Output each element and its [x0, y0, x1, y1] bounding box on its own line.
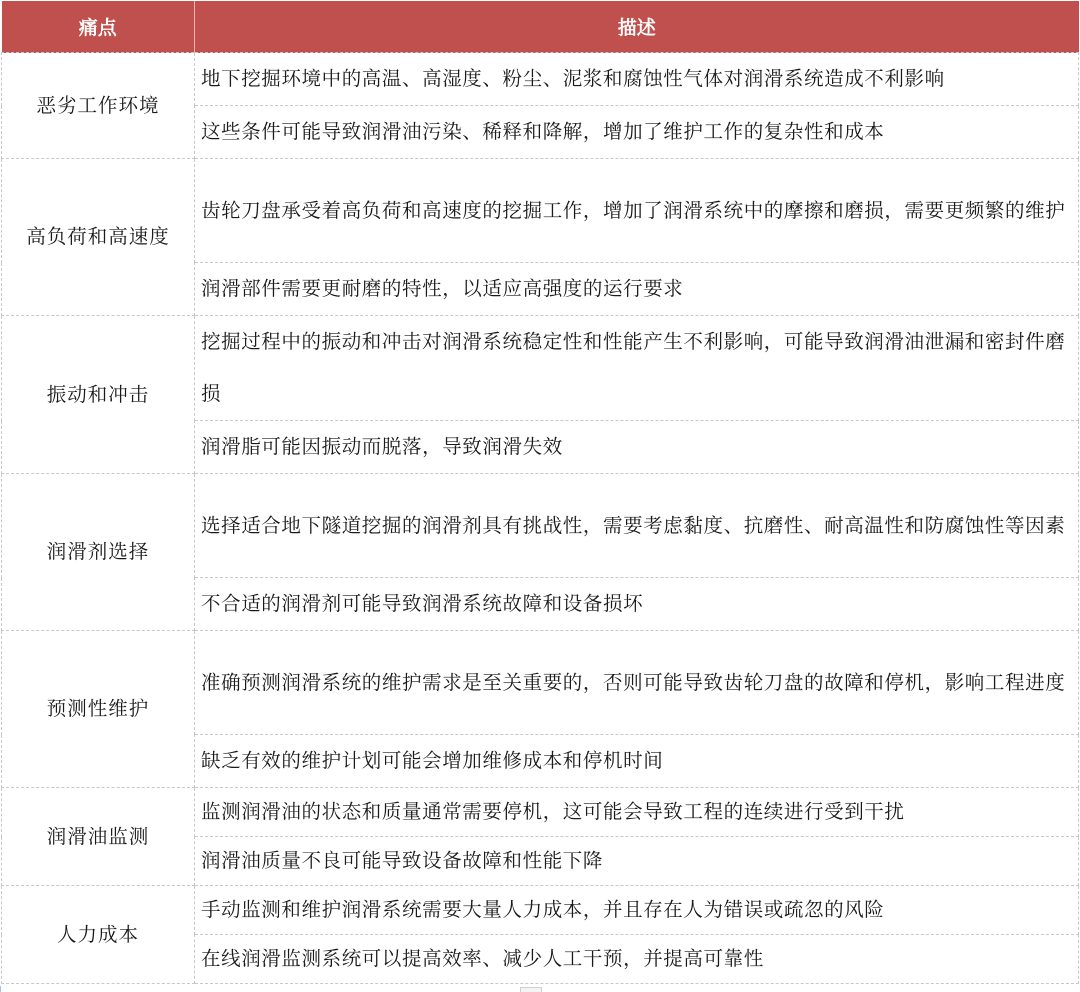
- selection-corner-marker: [0, 986, 7, 992]
- description-cell: 地下挖掘环境中的高温、高湿度、粉尘、泥浆和腐蚀性气体对润滑系统造成不利影响: [195, 53, 1079, 106]
- description-cell: 手动监测和维护润滑系统需要大量人力成本，并且存在人为错误或疏忽的风险: [195, 886, 1079, 935]
- table-row: 高负荷和高速度 齿轮刀盘承受着高负荷和高速度的挖掘工作，增加了润滑系统中的摩擦和…: [2, 159, 1079, 263]
- pain-point-cell: 预测性维护: [2, 631, 195, 788]
- description-cell: 润滑部件需要更耐磨的特性，以适应高强度的运行要求: [195, 263, 1079, 316]
- pain-point-cell: 人力成本: [2, 886, 195, 984]
- table-row: 振动和冲击 挖掘过程中的振动和冲击对润滑系统稳定性和性能产生不利影响，可能导致润…: [2, 316, 1079, 421]
- pain-point-cell: 振动和冲击: [2, 316, 195, 474]
- pain-point-cell: 润滑剂选择: [2, 474, 195, 631]
- description-cell: 选择适合地下隧道挖掘的润滑剂具有挑战性，需要考虑黏度、抗磨性、耐高温性和防腐蚀性…: [195, 474, 1079, 578]
- pain-points-table-container: 痛点 描述 恶劣工作环境 地下挖掘环境中的高温、高湿度、粉尘、泥浆和腐蚀性气体对…: [1, 1, 1078, 984]
- description-cell: 缺乏有效的维护计划可能会增加维修成本和停机时间: [195, 735, 1079, 788]
- table-row: 人力成本 手动监测和维护润滑系统需要大量人力成本，并且存在人为错误或疏忽的风险: [2, 886, 1079, 935]
- header-pain-point: 痛点: [2, 1, 195, 53]
- table-row: 润滑剂选择 选择适合地下隧道挖掘的润滑剂具有挑战性，需要考虑黏度、抗磨性、耐高温…: [2, 474, 1079, 578]
- description-cell: 准确预测润滑系统的维护需求是至关重要的，否则可能导致齿轮刀盘的故障和停机，影响工…: [195, 631, 1079, 735]
- table-row: 润滑油监测 监测润滑油的状态和质量通常需要停机，这可能会导致工程的连续进行受到干…: [2, 788, 1079, 837]
- pain-points-table: 痛点 描述 恶劣工作环境 地下挖掘环境中的高温、高湿度、粉尘、泥浆和腐蚀性气体对…: [1, 1, 1079, 984]
- table-row: 预测性维护 准确预测润滑系统的维护需求是至关重要的，否则可能导致齿轮刀盘的故障和…: [2, 631, 1079, 735]
- description-cell: 监测润滑油的状态和质量通常需要停机，这可能会导致工程的连续进行受到干扰: [195, 788, 1079, 837]
- description-cell: 在线润滑监测系统可以提高效率、减少人工干预，并提高可靠性: [195, 935, 1079, 984]
- description-cell: 不合适的润滑剂可能导致润滑系统故障和设备损坏: [195, 578, 1079, 631]
- pain-point-cell: 高负荷和高速度: [2, 159, 195, 316]
- description-cell: 润滑脂可能因振动而脱落，导致润滑失效: [195, 421, 1079, 474]
- description-cell: 润滑油质量不良可能导致设备故障和性能下降: [195, 837, 1079, 886]
- pain-point-cell: 恶劣工作环境: [2, 53, 195, 159]
- table-header-row: 痛点 描述: [2, 1, 1079, 53]
- description-cell: 挖掘过程中的振动和冲击对润滑系统稳定性和性能产生不利影响，可能导致润滑油泄漏和密…: [195, 316, 1079, 421]
- pain-point-cell: 润滑油监测: [2, 788, 195, 886]
- header-description: 描述: [195, 1, 1079, 53]
- description-cell: 齿轮刀盘承受着高负荷和高速度的挖掘工作，增加了润滑系统中的摩擦和磨损，需要更频繁…: [195, 159, 1079, 263]
- description-cell: 这些条件可能导致润滑油污染、稀释和降解，增加了维护工作的复杂性和成本: [195, 106, 1079, 159]
- sheet-tab-edge: [520, 987, 542, 992]
- table-row: 恶劣工作环境 地下挖掘环境中的高温、高湿度、粉尘、泥浆和腐蚀性气体对润滑系统造成…: [2, 53, 1079, 106]
